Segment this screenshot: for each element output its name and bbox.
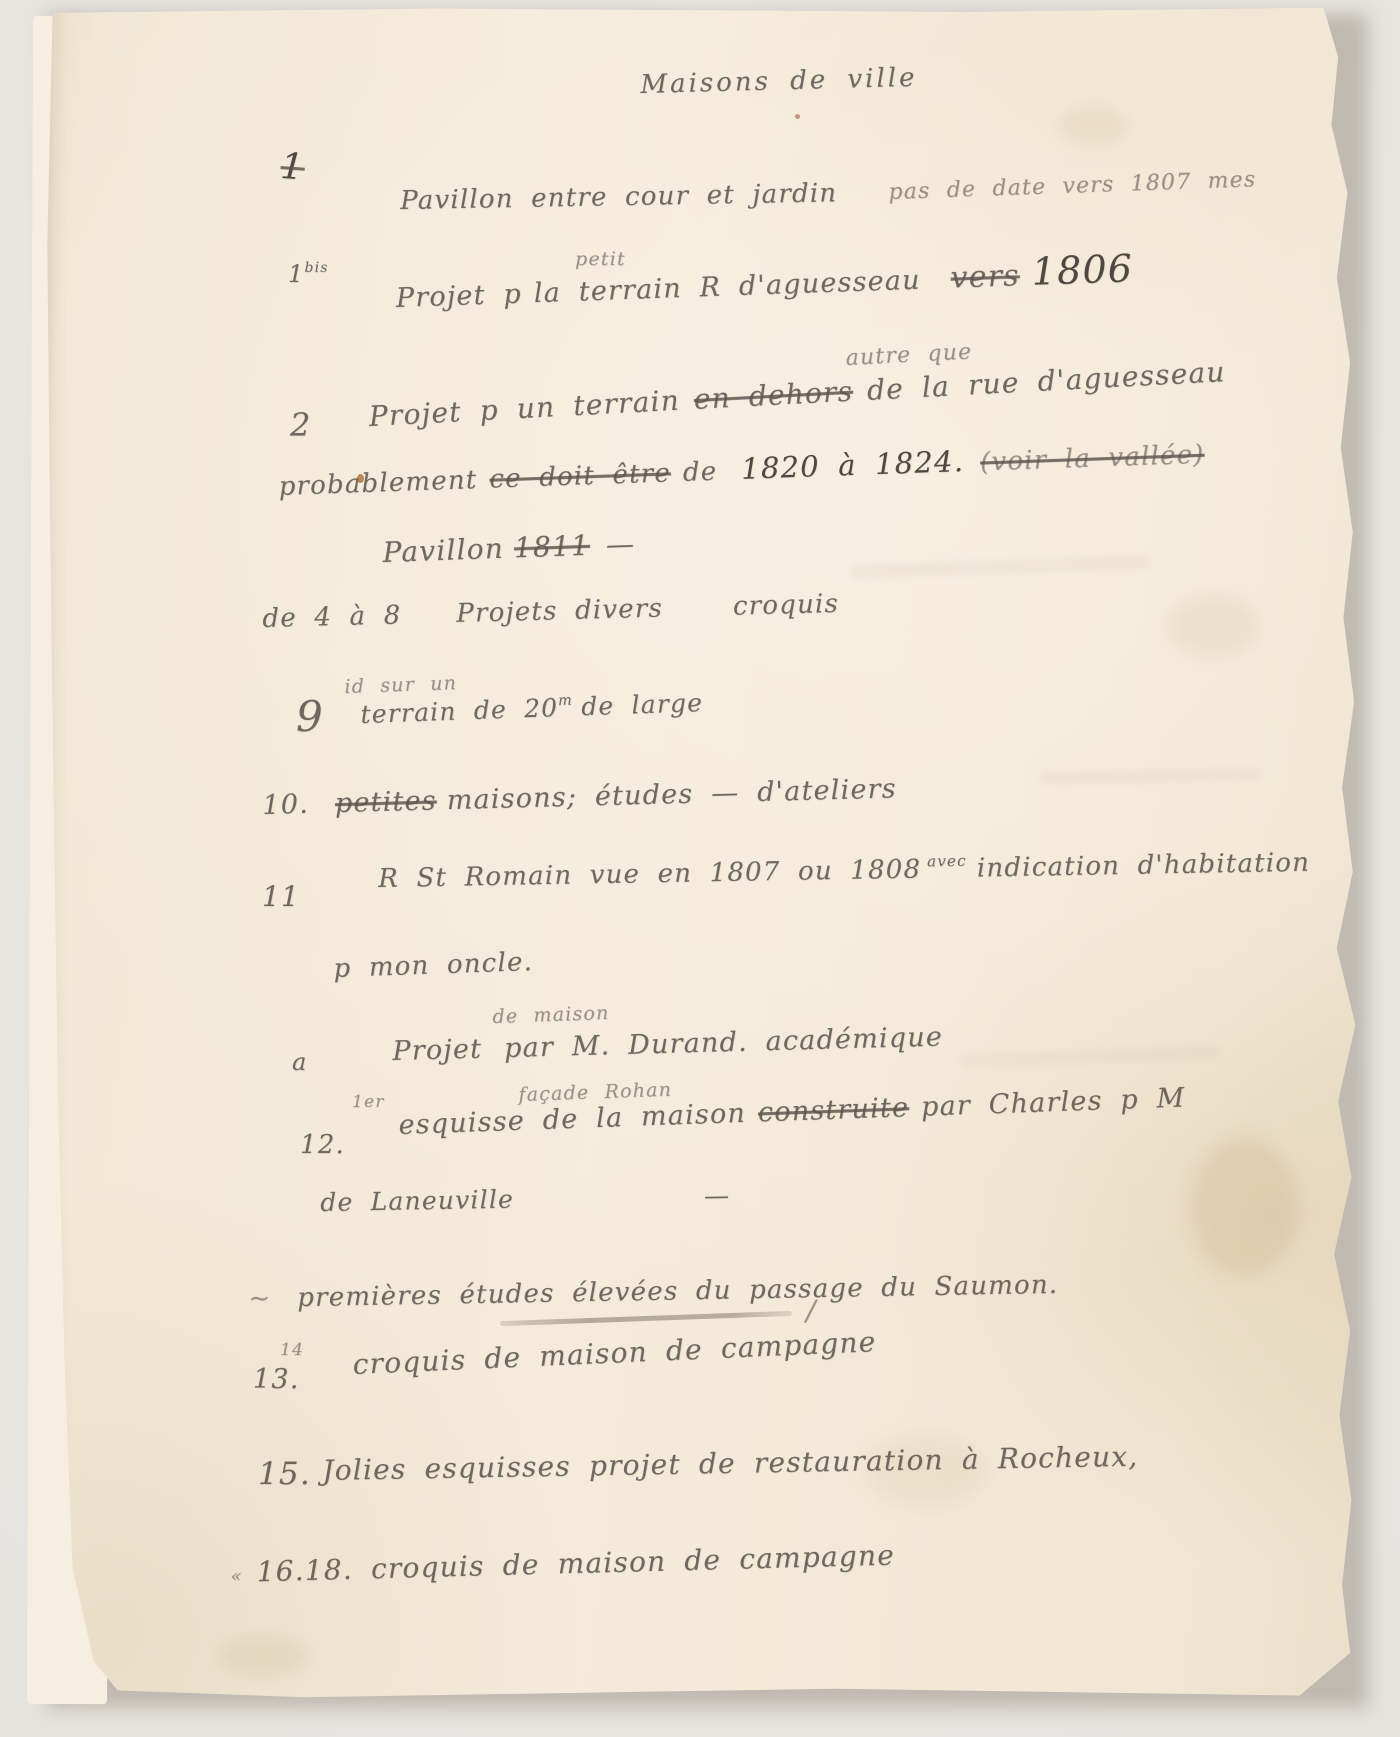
year-1806: 1806 bbox=[1031, 246, 1134, 294]
item-number-suffix: bis bbox=[304, 260, 328, 276]
item-number-1bis: 1bis bbox=[288, 260, 329, 288]
superscript-metre: m bbox=[558, 693, 574, 710]
struck-year: 1811 bbox=[513, 529, 590, 565]
slash-mark: / bbox=[806, 1294, 817, 1327]
superscript-14: 14 bbox=[280, 1340, 304, 1360]
line-text: croquis bbox=[733, 589, 840, 622]
item-number: 10. bbox=[262, 789, 309, 821]
line-text: Projets divers bbox=[456, 594, 663, 629]
margin-mark: « bbox=[230, 1566, 243, 1587]
item-number: 1 bbox=[288, 260, 304, 288]
insert-id-sur-un: id sur un bbox=[344, 672, 457, 698]
superscript-1er: 1er bbox=[352, 1092, 385, 1112]
red-speck-stain bbox=[795, 114, 800, 119]
line-text: de large bbox=[581, 688, 704, 721]
item-letter-a: a bbox=[292, 1048, 308, 1076]
scanned-manuscript-page: Maisons de ville 1 Pavillon entre cour e… bbox=[0, 0, 1400, 1737]
item-number-9: 9 bbox=[296, 692, 324, 741]
item-number-range: de 4 à 8 bbox=[262, 600, 402, 634]
struck-word: construite bbox=[757, 1092, 909, 1128]
insert-de-maison: de maison bbox=[492, 1002, 610, 1028]
item-number-12: 12. bbox=[300, 1130, 345, 1160]
struck-word: vers bbox=[950, 258, 1020, 295]
dash-mark: — bbox=[605, 527, 635, 561]
foxing-stain bbox=[1168, 596, 1258, 656]
struck-words: ce doit être bbox=[489, 458, 672, 494]
foxing-stain bbox=[1058, 106, 1128, 146]
foxing-stain bbox=[1188, 1136, 1298, 1276]
line-text: de Laneuville bbox=[320, 1185, 514, 1217]
item-number-11: 11 bbox=[262, 880, 300, 913]
foxing-stain bbox=[218, 1636, 308, 1676]
line-text: de bbox=[682, 457, 717, 488]
line-text: indication d'habitation bbox=[977, 848, 1311, 884]
dash-mark: — bbox=[704, 1181, 731, 1210]
struck-word: petites bbox=[335, 785, 438, 819]
line-text: Pavillon bbox=[382, 532, 505, 569]
page-number-struck: 1 bbox=[279, 146, 306, 189]
item-number-13: 13. bbox=[253, 1364, 300, 1395]
item-number-2: 2 bbox=[290, 406, 312, 444]
superscript-avec: avec bbox=[927, 851, 967, 870]
line-text: Projet bbox=[392, 1034, 483, 1067]
line-text: Projet p bbox=[395, 279, 522, 314]
tilde-bullet: ~ bbox=[248, 1284, 272, 1314]
item-number-15: 15. bbox=[258, 1456, 311, 1492]
